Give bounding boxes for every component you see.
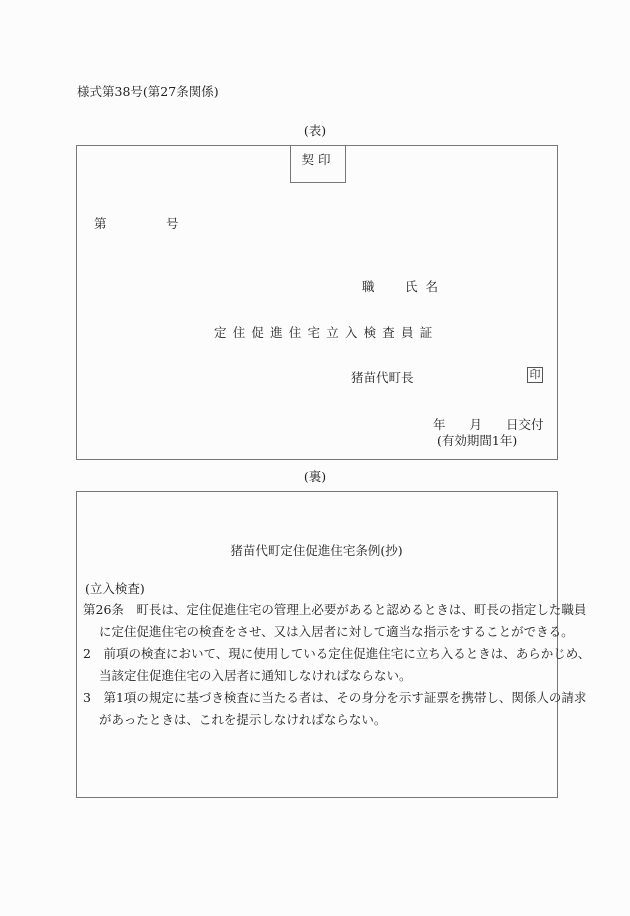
year-label: 年 xyxy=(433,417,446,432)
back-side-label: (裏) xyxy=(0,467,630,485)
form-title: 様式第38号(第27条関係) xyxy=(77,82,219,100)
number-suffix: 号 xyxy=(166,214,179,232)
certificate-title: 定住促進住宅立入検査員証 xyxy=(214,323,438,341)
certificate-front: 契印 第 号 職 氏名 定住促進住宅立入検査員証 猪苗代町長 印 年月日交付 (… xyxy=(76,145,558,460)
validity-period: (有効期間1年) xyxy=(437,431,517,449)
seal-box: 契印 xyxy=(290,145,346,183)
certificate-back: 猪苗代町定住促進住宅条例(抄) (立入検査) 第26条 町長は、定住促進住宅の管… xyxy=(76,491,558,798)
paragraph-line: 3 第1項の規定に基づき検査に当たる者は、その身分を示す証票を携帯し、関係人の請… xyxy=(83,687,553,709)
staff-title-label: 職 xyxy=(362,277,375,295)
paragraph-line: に定住促進住宅の検査をさせ、又は入居者に対して適当な指示をすることができる。 xyxy=(83,621,553,643)
name-char-1: 氏 xyxy=(405,279,418,294)
name-char-2: 名 xyxy=(426,279,439,294)
paragraph-line: 第26条 町長は、定住促進住宅の管理上必要があると認めるときは、町長の指定した職… xyxy=(83,599,553,621)
article-paragraph-1: 第26条 町長は、定住促進住宅の管理上必要があると認めるときは、町長の指定した職… xyxy=(83,599,553,643)
staff-name-label: 氏名 xyxy=(405,277,446,295)
number-prefix: 第 xyxy=(94,214,107,232)
ordinance-title: 猪苗代町定住促進住宅条例(抄) xyxy=(77,541,556,559)
month-label: 月 xyxy=(470,417,483,432)
paragraph-line: 2 前項の検査において、現に使用している定住促進住宅に立ち入るときは、あらかじめ… xyxy=(83,643,553,665)
seal-label: 契印 xyxy=(301,152,334,167)
article-heading: (立入検査) xyxy=(85,579,145,597)
day-issued-label: 日交付 xyxy=(506,417,544,432)
article-paragraph-3: 3 第1項の規定に基づき検査に当たる者は、その身分を示す証票を携帯し、関係人の請… xyxy=(83,687,553,731)
paragraph-line: があったときは、これを提示しなければならない。 xyxy=(83,709,553,731)
issuer-label: 猪苗代町長 xyxy=(351,368,414,386)
stamp-mark: 印 xyxy=(527,367,543,383)
paragraph-line: 当該定住促進住宅の入居者に通知しなければならない。 xyxy=(83,665,553,687)
front-side-label: (表) xyxy=(0,121,630,139)
article-paragraph-2: 2 前項の検査において、現に使用している定住促進住宅に立ち入るときは、あらかじめ… xyxy=(83,643,553,687)
